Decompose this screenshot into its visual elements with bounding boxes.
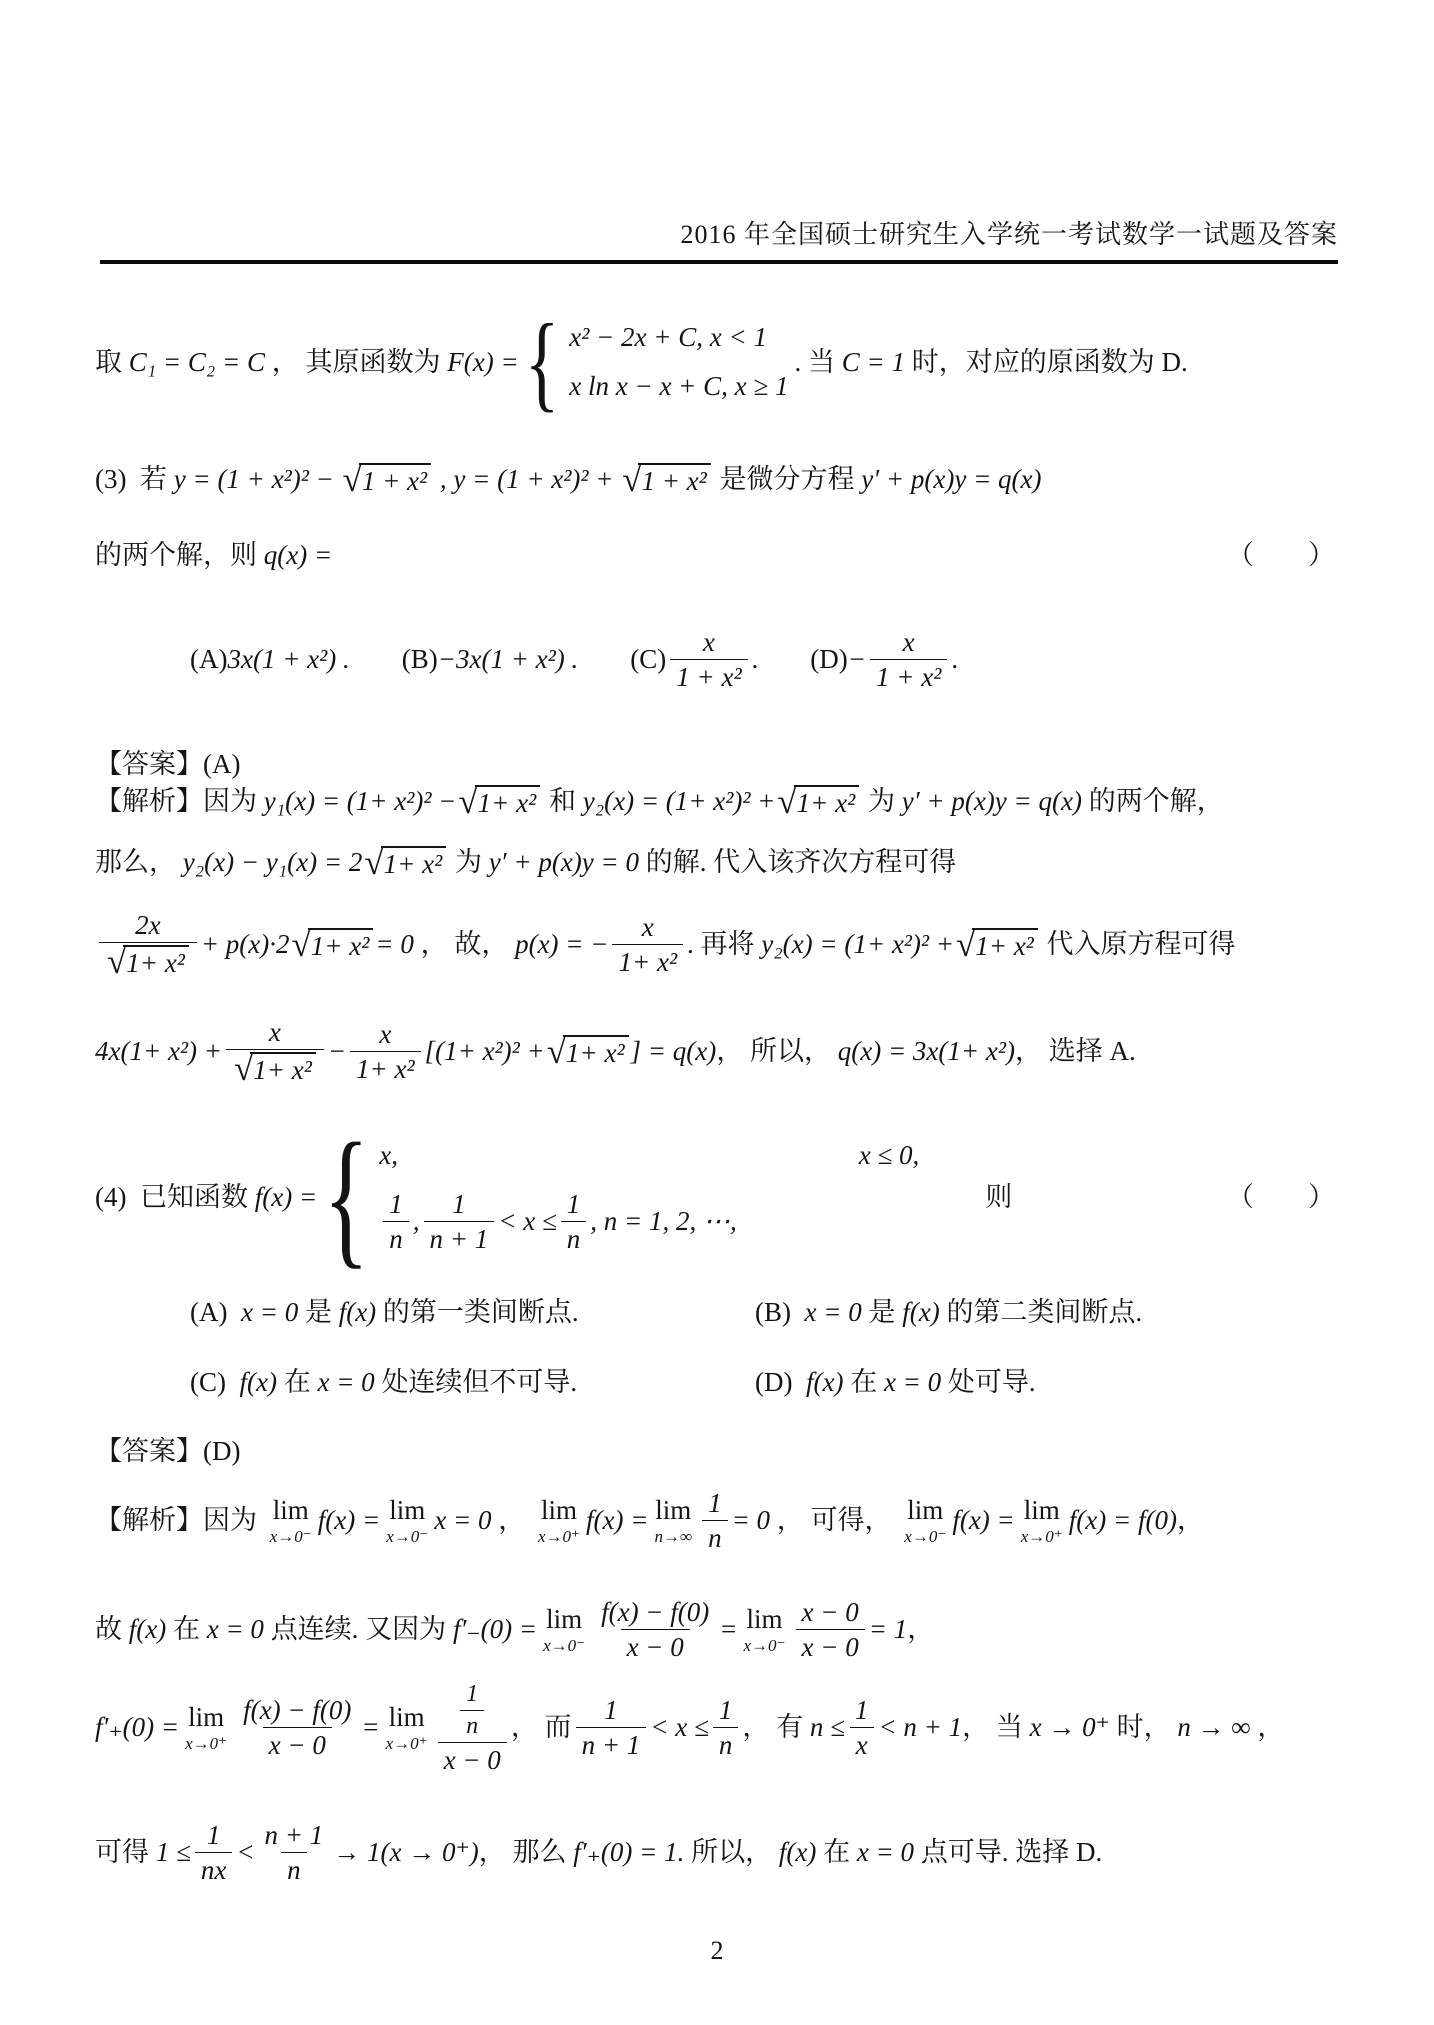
case-rows: x² − 2x + C, x < 1 x ln x − x + C, x ≥ 1 <box>569 320 788 404</box>
limit-subscript: x→0⁻ <box>543 1637 585 1654</box>
case-rows: x, x ≤ 0, 1n , 1n + 1 < x ≤ 1n , n = 1, … <box>379 1138 979 1257</box>
text-run: 的两个解， <box>1082 784 1224 819</box>
math-run: = 0 <box>732 1503 770 1538</box>
sqrt-expression: √1 + x² <box>622 462 711 497</box>
limit-operator: limx→0⁺ <box>1021 1497 1063 1545</box>
option-label: (B) <box>755 1295 791 1330</box>
math-run: x, <box>379 1138 398 1173</box>
option-c: (C) x1 + x² . <box>630 625 758 695</box>
math-run: f(x) = <box>318 1503 380 1538</box>
denominator: √1+ x² <box>226 1049 324 1088</box>
text-run: 点连续. 又因为 <box>264 1612 453 1647</box>
math-run: p(x) = − <box>515 927 608 962</box>
question-4-options-row-1: (A) x = 0 是 f(x) 的第一类间断点. (B) x = 0 是 f(… <box>190 1295 1142 1330</box>
solution-label: 【解析】 <box>95 1503 203 1538</box>
question-3-solution-line-2: 那么， y₂(x) − y₁(x) = 2 √1+ x² 为 y′ + p(x)… <box>95 845 956 880</box>
question-4-solution-line-4: 可得 1 ≤ 1nx < n + 1n → 1(x → 0⁺) ， 那么 f′₊… <box>95 1818 1102 1888</box>
page-number: 2 <box>711 1936 724 1965</box>
text-run: . <box>752 642 759 677</box>
text-run: ， <box>907 1612 934 1647</box>
math-run: x = 0 <box>884 1365 941 1400</box>
denominator: n <box>383 1221 409 1256</box>
denominator: n <box>561 1221 587 1256</box>
option-label: (A) <box>190 642 227 677</box>
math-run: x → 0⁺ <box>1030 1710 1110 1745</box>
fraction: x1 + x² <box>870 625 947 695</box>
math-run: f(x) = f(0) <box>1069 1503 1177 1538</box>
option-a: (A) x = 0 是 f(x) 的第一类间断点. <box>190 1295 755 1330</box>
text-run: . 当 <box>794 345 841 380</box>
limit-subscript: x→0⁺ <box>386 1735 428 1752</box>
math-run: [(1+ x²)² + <box>425 1034 545 1069</box>
denominator: n <box>702 1520 728 1555</box>
fraction: 1nx <box>195 1818 232 1888</box>
text-run: 的两个解，则 <box>95 538 264 573</box>
text-run: 的解. 代入该齐次方程可得 <box>639 845 956 880</box>
fraction: 1n x − 0 <box>438 1678 507 1777</box>
denominator: n <box>713 1727 739 1762</box>
numerator: f(x) − f(0) <box>237 1693 357 1727</box>
numerator: 1 <box>201 1818 227 1852</box>
question-4-answer-line: 【答案】(D) <box>95 1434 240 1469</box>
question-4-solution-line-3: f′₊(0) = limx→0⁺ f(x) − f(0)x − 0 = limx… <box>95 1678 1284 1777</box>
math-run: y = (1 + x²)² − <box>174 462 341 497</box>
math-run: , y = (1 + x²)² + <box>433 462 620 497</box>
math-run: x = 0 <box>434 1503 491 1538</box>
left-brace: { <box>323 1121 369 1275</box>
text-run: 和 <box>542 784 583 819</box>
math-run: = 1 <box>869 1612 907 1647</box>
denominator: n <box>460 1710 484 1742</box>
lim-word: lim <box>1024 1497 1060 1524</box>
math-run: 4x(1+ x²) + <box>95 1034 222 1069</box>
numerator: 1 <box>598 1693 624 1727</box>
option-b: (B) x = 0 是 f(x) 的第二类间断点. <box>755 1295 1142 1330</box>
answer-blank-parens: （ ） <box>1227 538 1335 573</box>
math-run: q(x) = 3x(1+ x²) <box>838 1034 1015 1069</box>
answer-label: 【答案】 <box>95 747 203 782</box>
solution-label: 【解析】 <box>95 784 203 819</box>
lim-word: lim <box>541 1497 577 1524</box>
lim-word: lim <box>389 1497 425 1524</box>
question-number: (4) <box>95 1180 126 1215</box>
sqrt-expression: √1+ x² <box>234 1051 316 1086</box>
numerator: 1 <box>460 1679 484 1710</box>
numerator: 1 <box>702 1486 728 1520</box>
limit-subscript: x→0⁺ <box>538 1528 580 1545</box>
limit-operator: limn→∞ <box>654 1497 692 1545</box>
denominator: x − 0 <box>438 1742 507 1777</box>
denominator: 1 + x² <box>870 659 947 694</box>
text-run: 是 <box>868 1295 902 1330</box>
answer-value: (A) <box>203 747 240 782</box>
math-run: f(x) <box>779 1835 816 1870</box>
sqrt-expression: √1+ x² <box>107 944 189 979</box>
math-run: −3x(1 + x²) . <box>438 642 578 677</box>
radicand: 1+ x² <box>123 945 189 979</box>
text-run: . 再将 <box>687 927 761 962</box>
option-d: (D) − x1 + x² . <box>810 625 958 695</box>
denominator: n <box>281 1852 307 1887</box>
option-b: (B)−3x(1 + x²) . <box>402 642 578 677</box>
radicand: 1 + x² <box>359 463 431 497</box>
fraction: 1x <box>849 1693 875 1763</box>
numerator: 1 <box>383 1187 409 1221</box>
numerator: x <box>697 625 721 659</box>
case-row: x, x ≤ 0, <box>379 1138 979 1173</box>
sqrt-expression: √1 + x² <box>343 462 432 497</box>
math-run: x ≤ 0, <box>859 1138 920 1173</box>
math-run: C = 1 <box>842 345 905 380</box>
math-run: < x ≤ <box>498 1204 557 1239</box>
header-title: 2016 年全国硕士研究生入学统一考试数学一试题及答案 <box>680 220 1338 249</box>
limit-operator: limx→0⁻ <box>543 1606 585 1654</box>
limit-subscript: x→0⁺ <box>1021 1528 1063 1545</box>
limit-operator: limx→0⁻ <box>744 1606 786 1654</box>
text-run: 在 <box>277 1365 318 1400</box>
fraction: f(x) − f(0)x − 0 <box>595 1595 715 1665</box>
question-3-stem-line-1: (3) 若 y = (1 + x²)² − √1 + x² , y = (1 +… <box>95 462 1042 497</box>
math-run: < x ≤ <box>650 1710 709 1745</box>
numerator: 1n <box>450 1678 494 1742</box>
lim-word: lim <box>188 1704 224 1731</box>
math-run: C₁ = C₂ = C <box>129 345 265 380</box>
text-run: 为 <box>448 845 489 880</box>
math-run: f(x) <box>902 1295 939 1330</box>
case-row: x² − 2x + C, x < 1 <box>569 320 788 355</box>
document-page: 2016 年全国硕士研究生入学统一考试数学一试题及答案 取 C₁ = C₂ = … <box>0 0 1434 2025</box>
math-run: n ≤ <box>810 1710 845 1745</box>
sqrt-expression: √1+ x² <box>364 845 446 880</box>
left-brace: { <box>525 308 560 416</box>
text-run: 可得 <box>95 1835 156 1870</box>
math-run: f′₊(0) = 1. <box>573 1835 684 1870</box>
math-run: → 1(x → 0⁺) <box>333 1835 478 1870</box>
denominator: 1 + x² <box>670 659 747 694</box>
math-run: 1 ≤ <box>156 1835 191 1870</box>
question-3-options-row: (A)3x(1 + x²) . (B)−3x(1 + x²) . (C) x1 … <box>190 625 958 695</box>
math-run: y₂(x) − y₁(x) = 2 <box>183 845 363 880</box>
text-run: ， 所以， <box>716 1034 838 1069</box>
question-4-solution-line-1: 【解析】 因为 limx→0⁻ f(x) = limx→0⁻ x = 0 ， l… <box>95 1486 1204 1556</box>
numerator: x <box>636 910 660 944</box>
question-3-solution-line-3: 2x √1+ x² + p(x)·2 √1+ x² = 0 ， 故， p(x) … <box>95 908 1236 982</box>
lim-word: lim <box>546 1606 582 1633</box>
denominator: n + 1 <box>424 1221 495 1256</box>
math-run: f′₋(0) = <box>453 1612 537 1647</box>
text-run: 那么， <box>95 845 183 880</box>
sqrt-expression: √1+ x² <box>458 784 540 819</box>
numerator: x <box>263 1015 287 1049</box>
text-run: 处连续但不可导. <box>375 1365 578 1400</box>
math-run: f(x) <box>339 1295 376 1330</box>
answer-blank-parens: （ ） <box>1227 1180 1335 1215</box>
sqrt-expression: √1+ x² <box>547 1034 629 1069</box>
numerator: x − 0 <box>796 1595 865 1629</box>
case-row: 1n , 1n + 1 < x ≤ 1n , n = 1, 2, ⋯, <box>379 1187 979 1257</box>
fraction: 1n <box>713 1693 739 1763</box>
text-run: 是微分方程 <box>713 462 862 497</box>
fraction: n + 1n <box>259 1818 330 1888</box>
denominator: x − 0 <box>621 1629 690 1664</box>
option-a: (A)3x(1 + x²) . <box>190 642 350 677</box>
math-run: f(x) <box>129 1612 166 1647</box>
page-footer: 2 <box>0 1936 1434 1966</box>
denominator: nx <box>195 1852 232 1887</box>
math-run: f(x) = <box>952 1503 1014 1538</box>
fraction: 1n <box>561 1187 587 1257</box>
numerator: 1 <box>849 1693 875 1727</box>
fraction: 1n + 1 <box>576 1693 647 1763</box>
option-label: (D) <box>755 1365 792 1400</box>
option-label: (C) <box>630 642 666 677</box>
text-run: 的第一类间断点. <box>376 1295 579 1330</box>
denominator: x <box>850 1727 874 1762</box>
option-label: (C) <box>190 1365 226 1400</box>
math-run: − <box>848 642 866 677</box>
text-run: 在 <box>166 1612 207 1647</box>
option-label: (A) <box>190 1295 227 1330</box>
text-run: 因为 <box>203 784 264 819</box>
sqrt-expression: √1+ x² <box>777 784 859 819</box>
radicand: 1+ x² <box>972 928 1038 962</box>
limit-subscript: x→0⁻ <box>904 1528 946 1545</box>
math-run: y₁(x) = (1+ x²)² − <box>264 784 457 819</box>
radicand: 1+ x² <box>794 785 860 819</box>
denominator: x − 0 <box>796 1629 865 1664</box>
math-run: , <box>413 1204 420 1239</box>
question-number: (3) <box>95 462 126 497</box>
question-3-solution-line-4: 4x(1+ x²) + x √1+ x² − x1+ x² [(1+ x²)² … <box>95 1015 1136 1089</box>
radicand: 1+ x² <box>250 1052 316 1086</box>
fraction: 1n + 1 <box>424 1187 495 1257</box>
math-run: + p(x)·2 <box>201 927 290 962</box>
text-run: ， 选择 A. <box>1015 1034 1136 1069</box>
text-run: ， 当 <box>962 1710 1030 1745</box>
option-label: (B) <box>402 642 438 677</box>
text-run: ， <box>491 1503 532 1538</box>
piecewise-cases: { x² − 2x + C, x < 1 x ln x − x + C, x ≥… <box>525 320 789 404</box>
math-run: x = 0 <box>857 1835 914 1870</box>
sqrt-expression: √1+ x² <box>292 927 374 962</box>
math-run: y₂(x) = (1+ x²)² + <box>583 784 776 819</box>
text-run: ， 有 <box>742 1710 810 1745</box>
text-run: 代入原方程可得 <box>1040 927 1236 962</box>
text-run: 若 <box>126 462 173 497</box>
lim-word: lim <box>655 1497 691 1524</box>
fraction: x1+ x² <box>350 1017 421 1087</box>
math-run: y′ + p(x)y = q(x) <box>861 462 1041 497</box>
radicand: 1 + x² <box>638 463 710 497</box>
limit-operator: limx→0⁻ <box>386 1497 428 1545</box>
text-run: ， <box>1251 1710 1285 1745</box>
limit-operator: limx→0⁻ <box>270 1497 312 1545</box>
text-run: 点可导. 选择 D. <box>914 1835 1102 1870</box>
question-4-solution-line-2: 故 f(x) 在 x = 0 点连续. 又因为 f′₋(0) = limx→0⁻… <box>95 1595 934 1665</box>
text-run: ， 那么 <box>479 1835 574 1870</box>
math-run: < n + 1 <box>878 1710 962 1745</box>
math-run: y′ + p(x)y = 0 <box>489 845 639 880</box>
question-3-answer-line: 【答案】(A) <box>95 747 240 782</box>
numerator: 2x <box>129 908 166 942</box>
answer-label: 【答案】 <box>95 1434 203 1469</box>
denominator: x − 0 <box>263 1727 332 1762</box>
text-run: ， 故， <box>414 927 515 962</box>
limit-subscript: x→0⁻ <box>270 1528 312 1545</box>
text-run: 因为 <box>203 1503 264 1538</box>
text-run: 在 <box>843 1365 884 1400</box>
limit-operator: limx→0⁺ <box>538 1497 580 1545</box>
fraction: 1n <box>460 1679 484 1741</box>
answer-value: (D) <box>203 1434 240 1469</box>
numerator: x <box>897 625 921 659</box>
limit-operator: limx→0⁺ <box>185 1704 227 1752</box>
math-run: x = 0 <box>317 1365 374 1400</box>
limit-operator: limx→0⁺ <box>386 1704 428 1752</box>
text-run: 处可导. <box>941 1365 1036 1400</box>
lim-word: lim <box>273 1497 309 1524</box>
math-run: x = 0 <box>207 1612 264 1647</box>
math-run: f(x) <box>226 1365 277 1400</box>
math-run: y′ + p(x)y = q(x) <box>902 784 1082 819</box>
text-run: 为 <box>861 784 902 819</box>
math-run: f(x) = <box>586 1503 648 1538</box>
limit-subscript: x→0⁺ <box>185 1735 227 1752</box>
fraction: x1+ x² <box>612 910 683 980</box>
sqrt-expression: √1+ x² <box>956 927 1038 962</box>
question-3-solution-line-1: 【解析】 因为 y₁(x) = (1+ x²)² − √1+ x² 和 y₂(x… <box>95 784 1224 819</box>
numerator: 1 <box>561 1187 587 1221</box>
math-run: x = 0 <box>791 1295 868 1330</box>
numerator: x <box>373 1017 397 1051</box>
q2-solution-tail-line: 取 C₁ = C₂ = C ， 其原函数为 F(x) = { x² − 2x +… <box>95 320 1188 404</box>
piecewise-cases: { x, x ≤ 0, 1n , 1n + 1 < x ≤ 1n , n = 1… <box>323 1138 979 1257</box>
denominator: n + 1 <box>576 1727 647 1762</box>
page-header: 2016 年全国硕士研究生入学统一考试数学一试题及答案 <box>100 214 1338 264</box>
math-run: f(x) = <box>255 1180 317 1215</box>
fraction: 2x √1+ x² <box>99 908 197 982</box>
math-run: = <box>361 1710 379 1745</box>
text-run: 在 <box>816 1835 857 1870</box>
text-run: ， 而 <box>511 1710 572 1745</box>
lim-word: lim <box>907 1497 943 1524</box>
text-run: 已知函数 <box>126 1180 254 1215</box>
math-run: = 0 <box>375 927 413 962</box>
option-label: (D) <box>810 642 847 677</box>
fraction: 1n <box>383 1187 409 1257</box>
text-run: 取 <box>95 345 129 380</box>
text-run: 是 <box>305 1295 339 1330</box>
limit-operator: limx→0⁻ <box>904 1497 946 1545</box>
limit-subscript: n→∞ <box>654 1528 692 1545</box>
fraction: x − 0x − 0 <box>796 1595 865 1665</box>
fraction: 1n <box>702 1486 728 1556</box>
math-run: y₂(x) = (1+ x²)² + <box>761 927 954 962</box>
radicand: 1+ x² <box>381 846 447 880</box>
limit-subscript: x→0⁻ <box>744 1637 786 1654</box>
denominator: 1+ x² <box>612 944 683 979</box>
radicand: 1+ x² <box>308 928 374 962</box>
math-run: = <box>719 1612 737 1647</box>
option-c: (C) f(x) 在 x = 0 处连续但不可导. <box>190 1365 755 1400</box>
lim-word: lim <box>389 1704 425 1731</box>
math-run: n → ∞ <box>1177 1710 1250 1745</box>
text-run: ， <box>1177 1503 1204 1538</box>
numerator: f(x) − f(0) <box>595 1595 715 1629</box>
numerator: n + 1 <box>259 1818 330 1852</box>
option-d: (D) f(x) 在 x = 0 处可导. <box>755 1365 1036 1400</box>
numerator: 1 <box>713 1693 739 1727</box>
lim-word: lim <box>747 1606 783 1633</box>
radicand: 1+ x² <box>563 1035 629 1069</box>
case-row: x ln x − x + C, x ≥ 1 <box>569 369 788 404</box>
question-4-options-row-2: (C) f(x) 在 x = 0 处连续但不可导. (D) f(x) 在 x =… <box>190 1365 1036 1400</box>
text-run: 的第二类间断点. <box>940 1295 1143 1330</box>
limit-subscript: x→0⁻ <box>386 1528 428 1545</box>
text-run: 所以， <box>684 1835 779 1870</box>
text-run: 故 <box>95 1612 129 1647</box>
math-run: 3x(1 + x²) . <box>227 642 349 677</box>
text-run: . <box>951 642 958 677</box>
text-run: ， 其原函数为 <box>265 345 447 380</box>
fraction: f(x) − f(0)x − 0 <box>237 1693 357 1763</box>
math-run: f(x) <box>792 1365 843 1400</box>
math-run: ] = q(x) <box>631 1034 717 1069</box>
radicand: 1+ x² <box>475 785 541 819</box>
math-run: , n = 1, 2, ⋯, <box>590 1204 736 1239</box>
text-run: ， 可得， <box>770 1503 898 1538</box>
text-run: 时， <box>1110 1710 1178 1745</box>
math-run: f′₊(0) = <box>95 1710 179 1745</box>
math-run: − <box>328 1034 346 1069</box>
fraction: x1 + x² <box>670 625 747 695</box>
numerator: 1 <box>446 1187 472 1221</box>
question-4-stem: (4) 已知函数 f(x) = { x, x ≤ 0, 1n , 1n + 1 … <box>95 1138 1335 1257</box>
denominator: √1+ x² <box>99 942 197 981</box>
text-run: 则 <box>985 1180 1012 1215</box>
question-3-stem-line-2: 的两个解，则 q(x) = （ ） <box>95 538 1335 573</box>
fraction: x √1+ x² <box>226 1015 324 1089</box>
math-run: q(x) = <box>264 538 332 573</box>
math-run: F(x) = <box>447 345 518 380</box>
denominator: 1+ x² <box>350 1051 421 1086</box>
math-run: x = 0 <box>227 1295 304 1330</box>
math-run: < <box>236 1835 254 1870</box>
text-run: 时，对应的原函数为 D. <box>905 345 1188 380</box>
